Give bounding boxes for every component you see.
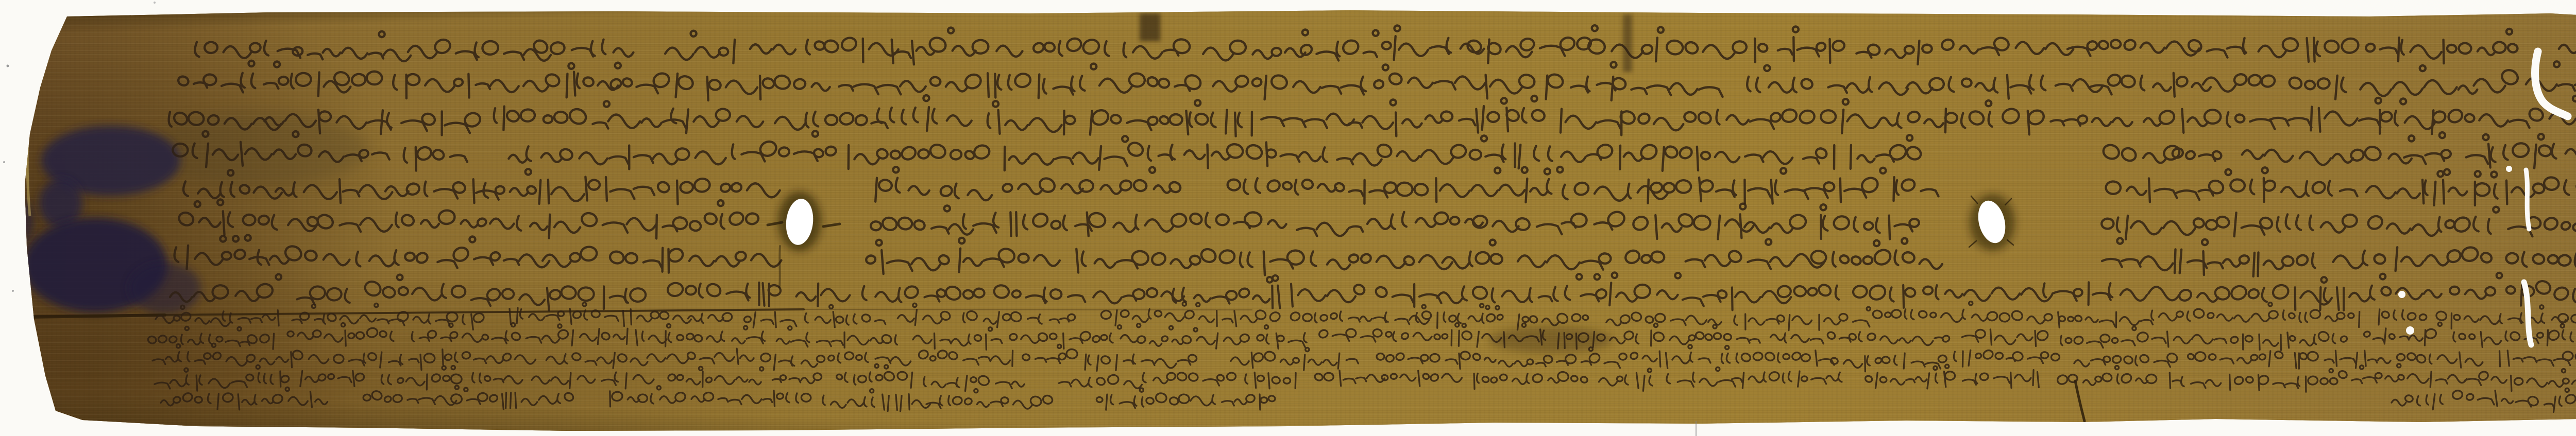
leaf-crack	[30, 309, 2084, 421]
script-line	[175, 235, 2576, 276]
script-line	[169, 95, 2576, 136]
manuscript-scan-page: 167	[0, 0, 2576, 436]
script-line	[156, 302, 2576, 330]
script-line	[152, 343, 2576, 372]
script-line	[173, 131, 2576, 170]
script-line	[155, 364, 2576, 392]
script-line	[170, 272, 2576, 311]
manuscript-script-lines	[148, 25, 2576, 412]
bottom-edge-crack	[2075, 381, 2084, 421]
binding-hole-halos	[768, 191, 2015, 287]
leaf-artwork	[0, 0, 2576, 436]
script-line	[183, 167, 2576, 206]
pencil-mark	[1696, 421, 1697, 436]
leaf-edge-highlight	[27, 77, 32, 216]
background-specks	[3, 2, 2576, 411]
script-line	[195, 25, 2576, 66]
script-line	[179, 200, 2576, 241]
script-line	[178, 61, 2576, 100]
script-line	[161, 386, 2576, 412]
script-line	[148, 322, 2576, 350]
